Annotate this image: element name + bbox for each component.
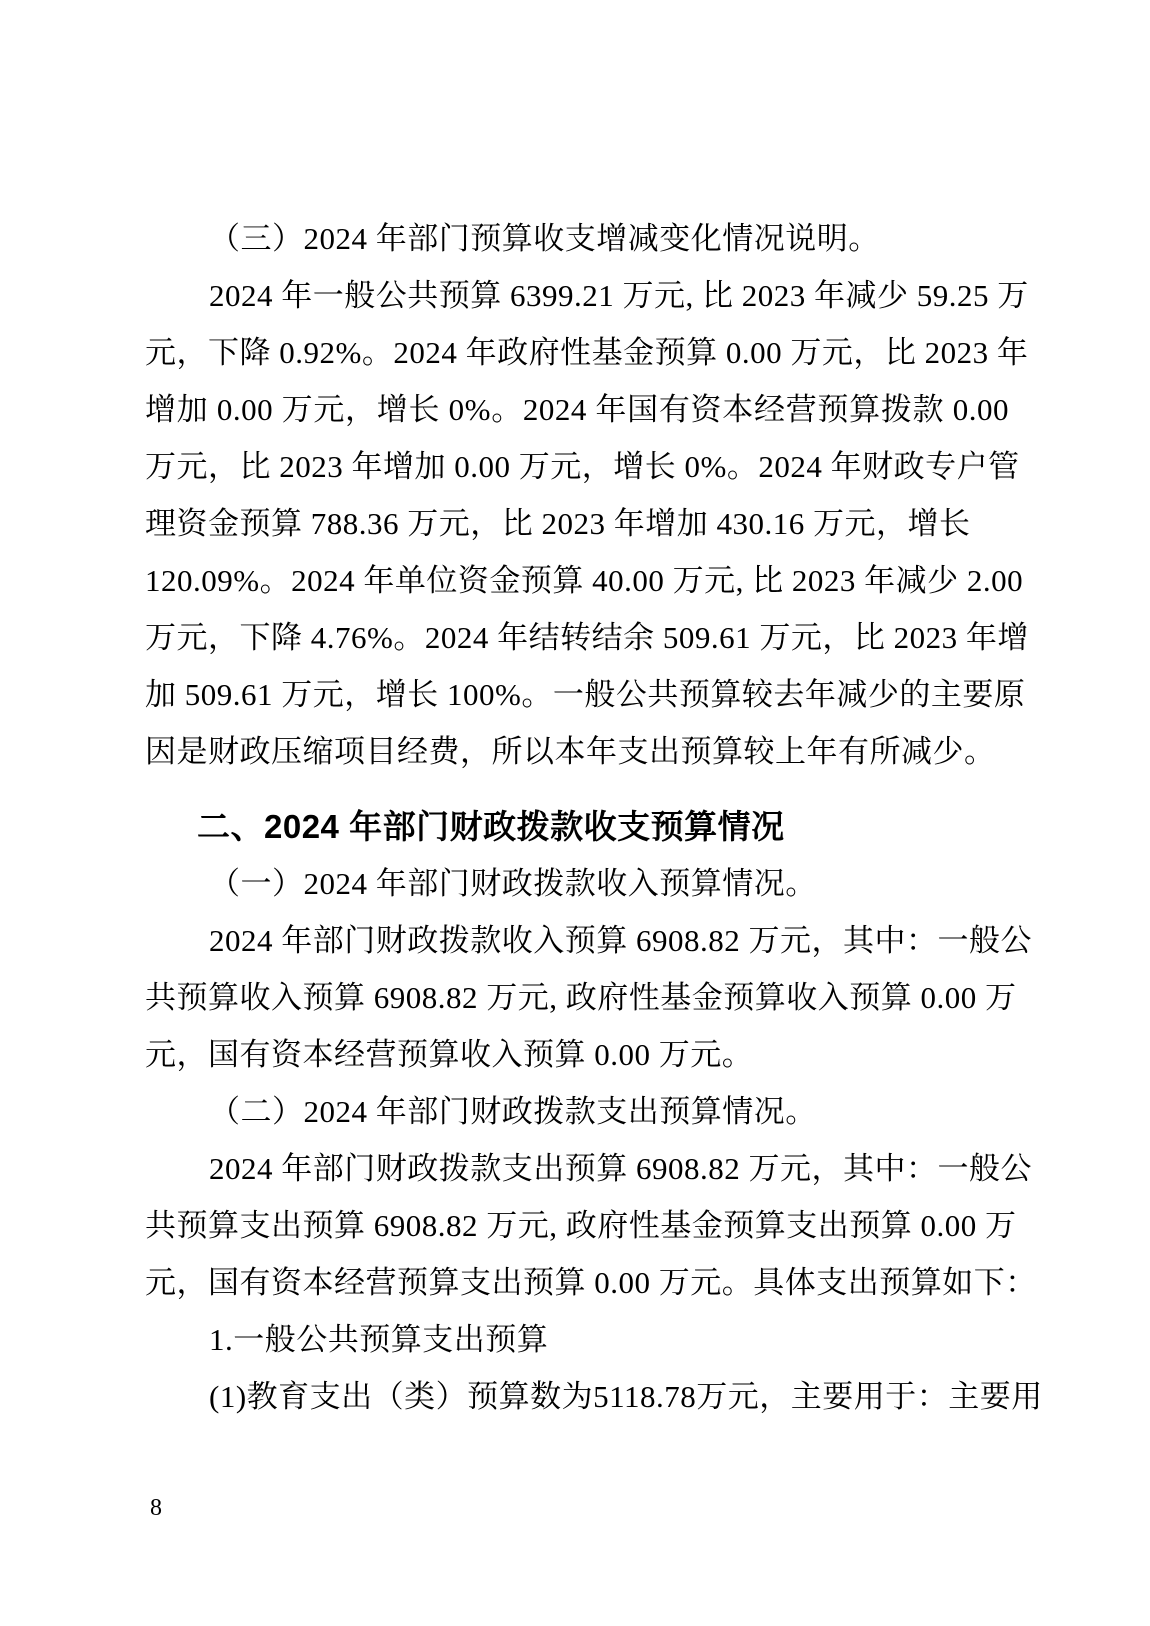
body-line: 2024 年一般公共预算 6399.21 万元, 比 2023 年减少 59.2… (145, 267, 1009, 324)
body-line: 共预算收入预算 6908.82 万元, 政府性基金预算收入预算 0.00 万 (145, 969, 1009, 1026)
paragraph-budget-changes: 2024 年一般公共预算 6399.21 万元, 比 2023 年减少 59.2… (145, 267, 1009, 780)
page-footer: 8 (150, 1495, 162, 1522)
body-line: 2024 年部门财政拨款支出预算 6908.82 万元，其中：一般公 (145, 1140, 1009, 1197)
heading-subsection-2: （二）2024 年部门财政拨款支出预算情况。 (145, 1083, 1009, 1140)
page-content: （三）2024 年部门预算收支增减变化情况说明。 2024 年一般公共预算 63… (145, 210, 1009, 1425)
list-item-1-text: 1.一般公共预算支出预算 (145, 1311, 1009, 1368)
body-line: 120.09%。2024 年单位资金预算 40.00 万元, 比 2023 年减… (145, 552, 1009, 609)
heading-subsection-2-text: （二）2024 年部门财政拨款支出预算情况。 (145, 1083, 1009, 1140)
heading-section-2: 二、2024 年部门财政拨款收支预算情况 (145, 798, 1009, 855)
body-line: 2024 年部门财政拨款收入预算 6908.82 万元，其中：一般公 (145, 912, 1009, 969)
heading-subsection-1: （一）2024 年部门财政拨款收入预算情况。 (145, 855, 1009, 912)
page-number: 8 (150, 1495, 162, 1521)
body-line: (1)教育支出（类）预算数为5118.78万元，主要用于：主要用 (145, 1368, 1009, 1425)
heading-section-2-text: 二、2024 年部门财政拨款收支预算情况 (145, 798, 1009, 855)
heading-section-3: （三）2024 年部门预算收支增减变化情况说明。 (145, 210, 1009, 267)
body-line: 元，下降 0.92%。2024 年政府性基金预算 0.00 万元，比 2023 … (145, 324, 1009, 381)
body-line: 元，国有资本经营预算支出预算 0.00 万元。具体支出预算如下： (145, 1254, 1009, 1311)
list-item-1-heading: 1.一般公共预算支出预算 (145, 1311, 1009, 1368)
body-line: 元，国有资本经营预算收入预算 0.00 万元。 (145, 1026, 1009, 1083)
heading-section-3-text: （三）2024 年部门预算收支增减变化情况说明。 (145, 210, 1009, 267)
body-line: 增加 0.00 万元，增长 0%。2024 年国有资本经营预算拨款 0.00 (145, 381, 1009, 438)
paragraph-expense-budget: 2024 年部门财政拨款支出预算 6908.82 万元，其中：一般公 共预算支出… (145, 1140, 1009, 1311)
body-line: 理资金预算 788.36 万元，比 2023 年增加 430.16 万元，增长 (145, 495, 1009, 552)
body-line: 万元，下降 4.76%。2024 年结转结余 509.61 万元，比 2023 … (145, 609, 1009, 666)
paragraph-income-budget: 2024 年部门财政拨款收入预算 6908.82 万元，其中：一般公 共预算收入… (145, 912, 1009, 1083)
body-line: 因是财政压缩项目经费，所以本年支出预算较上年有所减少。 (145, 723, 1009, 780)
paragraph-education-expense: (1)教育支出（类）预算数为5118.78万元，主要用于：主要用 (145, 1368, 1009, 1425)
body-line: 共预算支出预算 6908.82 万元, 政府性基金预算支出预算 0.00 万 (145, 1197, 1009, 1254)
heading-subsection-1-text: （一）2024 年部门财政拨款收入预算情况。 (145, 855, 1009, 912)
body-line: 加 509.61 万元，增长 100%。一般公共预算较去年减少的主要原 (145, 666, 1009, 723)
body-line: 万元，比 2023 年增加 0.00 万元，增长 0%。2024 年财政专户管 (145, 438, 1009, 495)
document-page: （三）2024 年部门预算收支增减变化情况说明。 2024 年一般公共预算 63… (0, 0, 1150, 1626)
